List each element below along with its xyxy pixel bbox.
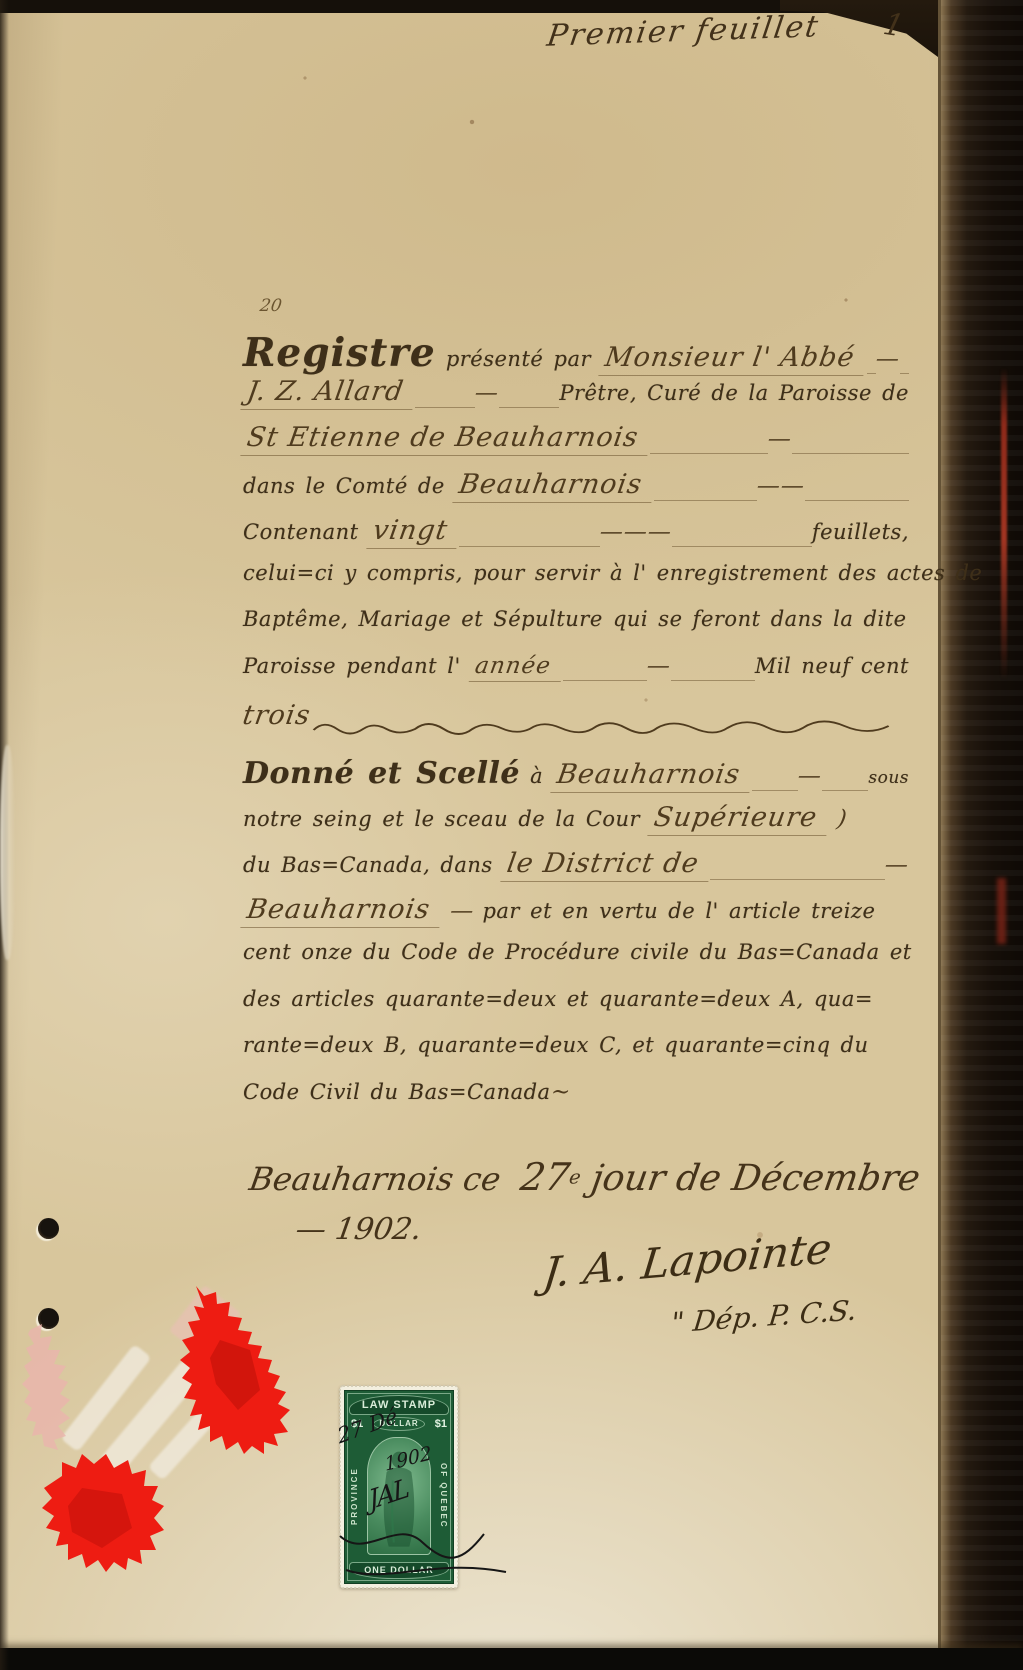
punch-hole	[38, 1218, 59, 1239]
pink-seal-remnant	[18, 1322, 78, 1454]
printed-form-text: dans le Comté de	[243, 474, 455, 498]
handwritten-entry: J. Z. Allard	[240, 376, 418, 410]
handwritten-entry: Supérieure	[648, 802, 832, 836]
fill-rule	[752, 764, 798, 791]
red-book-edge	[1001, 368, 1007, 680]
fill-rule	[459, 520, 599, 547]
form-line: St Etienne de Beauharnois —	[243, 422, 909, 468]
printed-form-text: Baptême, Mariage et Sépulture qui se fer…	[243, 607, 907, 631]
closing-place-date: Beauharnois ce 27e jour de Décembre	[247, 1155, 924, 1199]
stamp-cancellation: 27 Dé1902JAL	[340, 1386, 458, 1588]
handwritten-entry: trois	[241, 700, 313, 731]
form-line: notre seing et le sceau de la Cour Supér…	[243, 802, 909, 848]
printed-form-text: des articles quarante=deux et quarante=d…	[243, 987, 873, 1011]
printed-form-text: du Bas=Canada, dans	[243, 853, 503, 877]
printed-form-text: Code Civil du Bas=Canada	[243, 1080, 551, 1104]
form-line: Paroisse pendant l' année — Mil neuf cen…	[243, 653, 909, 699]
red-book-edge-blotch	[997, 878, 1006, 944]
handwritten-entry: —	[440, 898, 485, 924]
form-line: trois	[243, 700, 909, 746]
handwritten-entry: ———	[597, 519, 673, 545]
handwritten-entry: année	[469, 653, 565, 682]
handwritten-entry: le District de	[500, 848, 713, 882]
form-line: J. Z. Allard — Prêtre, Curé de la Parois…	[243, 376, 909, 422]
printed-form-text: sous	[868, 768, 909, 788]
handwritten-entry: —	[883, 852, 911, 878]
fill-rule	[563, 654, 647, 681]
fill-rule	[805, 474, 909, 501]
signature: J. A. Lapointe	[541, 1224, 835, 1298]
handwritten-entry: ~	[549, 1079, 573, 1105]
closing-day: 27	[518, 1155, 573, 1199]
handwritten-entry: —	[796, 763, 824, 789]
form-line: dans le Comté de Beauharnois ——	[243, 469, 909, 515]
fill-rule	[672, 520, 812, 547]
printed-form-text: celui=ci y compris, pour servir à l' enr…	[243, 561, 982, 585]
fill-rule	[415, 381, 475, 408]
cancellation-flourish	[334, 1514, 524, 1594]
law-stamp: LAW STAMP $1 DOLLAR $1 PROVINCE OF QUEBE…	[340, 1386, 458, 1588]
form-line: Registre présenté par Monsieur l' Abbé —	[243, 330, 909, 376]
printed-form-text: Contenant	[243, 520, 369, 544]
fill-rule	[650, 427, 767, 454]
handwritten-entry: —	[473, 380, 501, 406]
red-seal-fragment	[32, 1448, 177, 1573]
fill-rule	[654, 474, 758, 501]
handwritten-entry: —	[874, 346, 902, 372]
register-form: Registre présenté par Monsieur l' Abbé —…	[243, 330, 909, 1125]
printed-form-text: par et en vertu de l' article treize	[482, 899, 875, 923]
handwritten-entry: ——	[755, 473, 807, 499]
printed-form-text: à	[520, 764, 553, 788]
red-seal-fragment	[160, 1280, 300, 1455]
stamp-cancellation-text: 1902	[384, 1442, 433, 1476]
fill-rule	[671, 654, 755, 681]
signature-title: " Dép. P. C.S.	[669, 1294, 858, 1340]
form-line: Beauharnois — par et en vertu de l' arti…	[243, 894, 909, 940]
fill-rule	[822, 764, 868, 791]
printed-form-text: Registre	[243, 330, 436, 376]
printed-form-text: rante=deux B, quarante=deux C, et quaran…	[243, 1033, 869, 1057]
form-line: rante=deux B, quarante=deux C, et quaran…	[243, 1033, 909, 1079]
printed-form-text: Paroisse pendant l'	[243, 654, 471, 678]
marginal-count: 20	[259, 296, 283, 316]
closing-year: — 1902.	[293, 1212, 424, 1247]
binding-texture	[941, 0, 1023, 1670]
printed-form-text: présenté par	[436, 347, 602, 371]
handwritten-entry: )	[827, 806, 849, 832]
printed-form-text: notre seing et le sceau de la Cour	[243, 807, 650, 831]
form-line: Donné et Scellé à Beauharnois — sous	[243, 756, 909, 802]
form-line: celui=ci y compris, pour servir à l' enr…	[243, 561, 909, 607]
handwritten-entry: —	[645, 653, 673, 679]
form-line: Baptême, Mariage et Sépulture qui se fer…	[243, 607, 909, 653]
fill-rule	[499, 381, 559, 408]
form-line: du Bas=Canada, dans le District de —	[243, 848, 909, 894]
printed-form-text: Mil neuf cent	[755, 654, 909, 678]
fill-rule	[710, 853, 885, 880]
right-binding	[938, 0, 1023, 1670]
closing-date-rest: jour de Décembre	[577, 1158, 923, 1199]
handwritten-entry: Beauharnois	[452, 469, 656, 503]
printed-form-text: Prêtre, Curé de la Paroisse de	[559, 381, 909, 405]
printed-form-text: Donné et Scellé	[243, 756, 520, 791]
handwritten-entry: St Etienne de Beauharnois	[240, 422, 653, 456]
fill-rule	[792, 427, 909, 454]
stamp-cancellation-text: JAL	[367, 1474, 410, 1517]
stamp-cancellation-text: 27 Dé	[335, 1403, 399, 1448]
handwritten-entry: —	[766, 426, 794, 452]
handwritten-entry: vingt	[366, 515, 462, 549]
left-page-curl	[0, 745, 15, 960]
closing-place: Beauharnois ce	[247, 1160, 504, 1198]
header-annotation: Premier feuillet	[545, 9, 822, 53]
handwritten-entry: Monsieur l' Abbé	[598, 342, 869, 376]
bottom-edge-shadow	[0, 1648, 1023, 1670]
form-line: Code Civil du Bas=Canada~	[243, 1079, 909, 1125]
printed-form-text: cent onze du Code de Procédure civile du…	[243, 940, 912, 964]
handwritten-entry: Beauharnois	[551, 759, 755, 793]
form-line: Contenant vingt ——— feuillets,	[243, 515, 909, 561]
handwritten-entry: Beauharnois	[240, 894, 444, 928]
flourish-wave	[311, 716, 909, 736]
register-page: Premier feuillet 1 20 Registre présenté …	[0, 0, 1023, 1670]
printed-form-text: feuillets,	[812, 520, 909, 544]
form-line: des articles quarante=deux et quarante=d…	[243, 987, 909, 1033]
form-line: cent onze du Code de Procédure civile du…	[243, 940, 909, 986]
